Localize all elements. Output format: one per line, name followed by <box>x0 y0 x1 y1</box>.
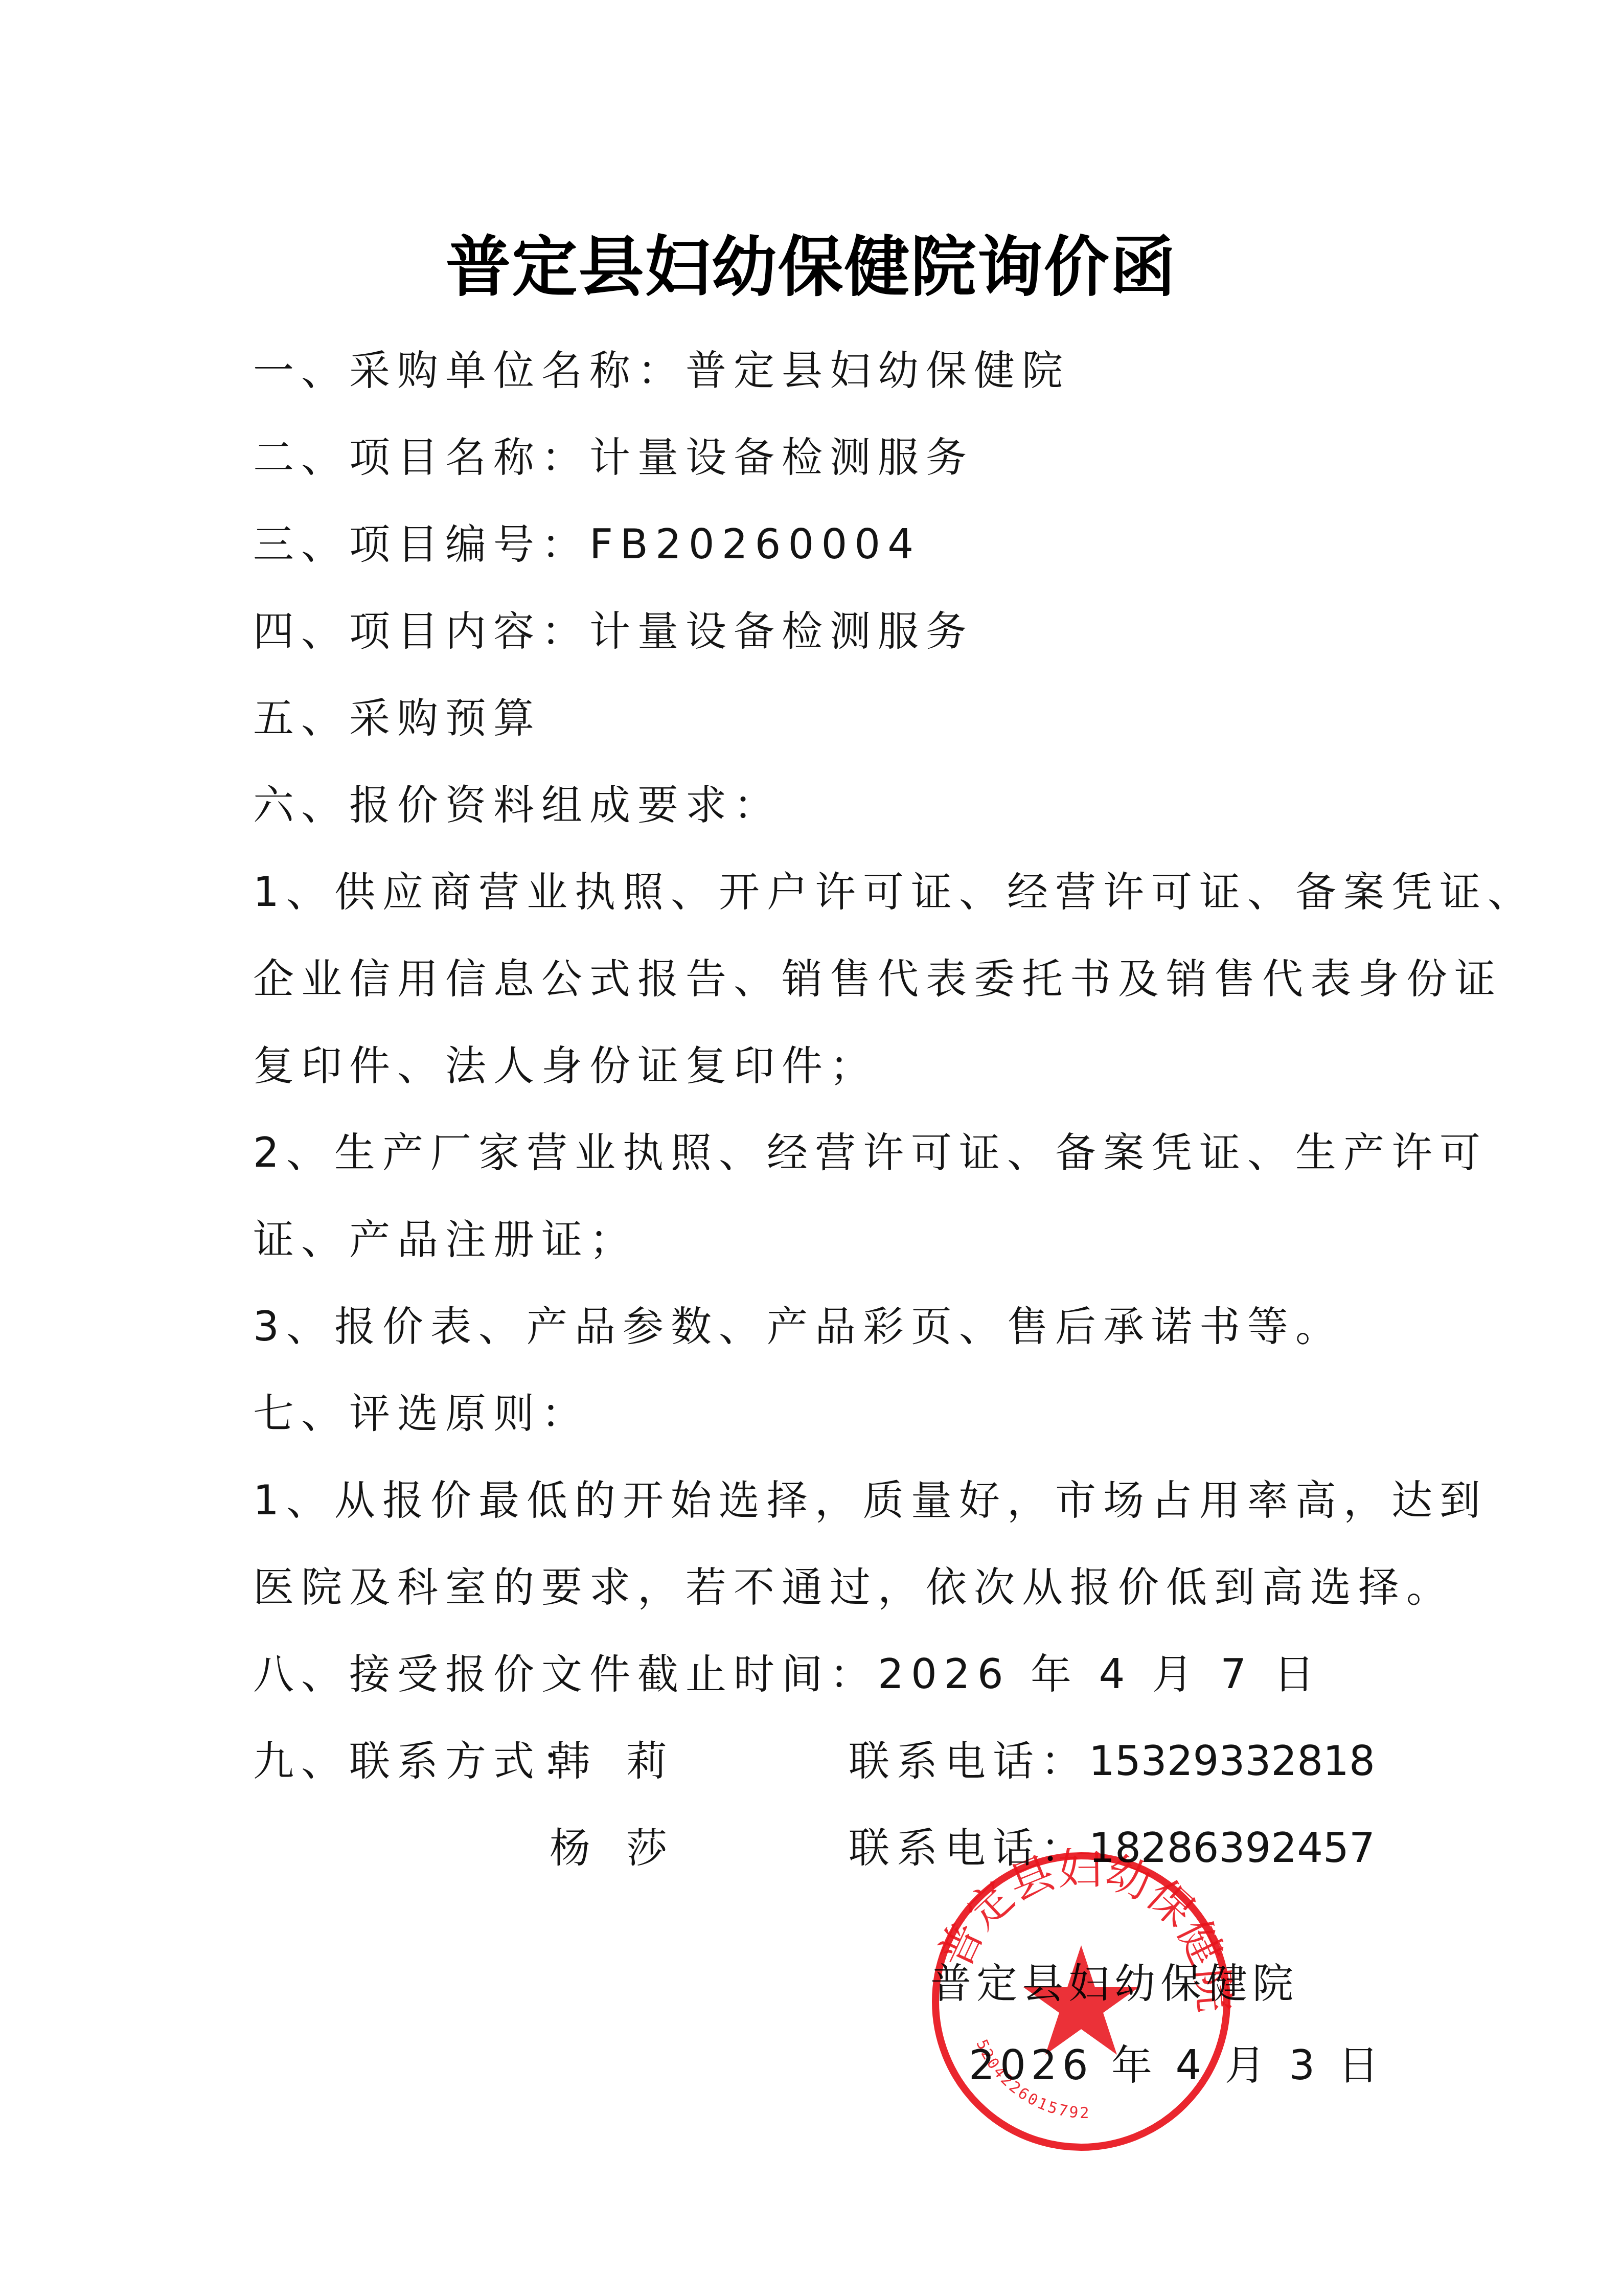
section-purchaser: 一、采购单位名称：普定县妇幼保健院 <box>253 345 1070 396</box>
official-seal-icon: 普定县妇幼保健院 5204226015792 <box>928 1848 1235 2155</box>
svg-text:5204226015792: 5204226015792 <box>972 2037 1091 2122</box>
evaluation-item-1-line-2: 医院及科室的要求，若不通过，依次从报价低到高选择。 <box>253 1562 1454 1613</box>
contact-phone-1: 15329332818 <box>1089 1737 1375 1785</box>
requirement-item-1-line-3: 复印件、法人身份证复印件； <box>253 1040 878 1092</box>
section-project-number: 三、项目编号：FB20260004 <box>253 519 921 570</box>
requirement-item-1-line-1: 1、供应商营业执照、开户许可证、经营许可证、备案凭证、 <box>253 867 1536 918</box>
section-deadline: 八、接受报价文件截止时间：2026 年 4 月 7 日 <box>253 1649 1322 1700</box>
section-budget: 五、采购预算 <box>253 693 541 744</box>
evaluation-item-1-line-1: 1、从报价最低的开始选择，质量好，市场占用率高，达到 <box>253 1475 1488 1526</box>
document-title: 普定县妇幼保健院询价函 <box>0 215 1622 309</box>
section-contact-label: 九、联系方式： <box>253 1736 589 1787</box>
contact-name-2: 杨莎 <box>550 1823 703 1874</box>
contact-phone-row-1: 联系电话：15329332818 <box>849 1736 1375 1787</box>
requirement-item-2-line-2: 证、产品注册证； <box>253 1214 637 1265</box>
section-evaluation-principle: 七、评选原则： <box>253 1388 589 1439</box>
contact-name-1: 韩莉 <box>550 1736 703 1787</box>
requirement-item-2-line-1: 2、生产厂家营业执照、经营许可证、备案凭证、生产许可 <box>253 1127 1488 1178</box>
section-quote-requirements: 六、报价资料组成要求： <box>253 780 782 831</box>
section-project-content: 四、项目内容：计量设备检测服务 <box>253 606 974 657</box>
contact-phone-label-1: 联系电话： <box>849 1737 1089 1785</box>
section-project-name: 二、项目名称：计量设备检测服务 <box>253 432 974 483</box>
requirement-item-3: 3、报价表、产品参数、产品彩页、售后承诺书等。 <box>253 1301 1343 1352</box>
requirement-item-1-line-2: 企业信用信息公式报告、销售代表委托书及销售代表身份证 <box>253 953 1502 1005</box>
